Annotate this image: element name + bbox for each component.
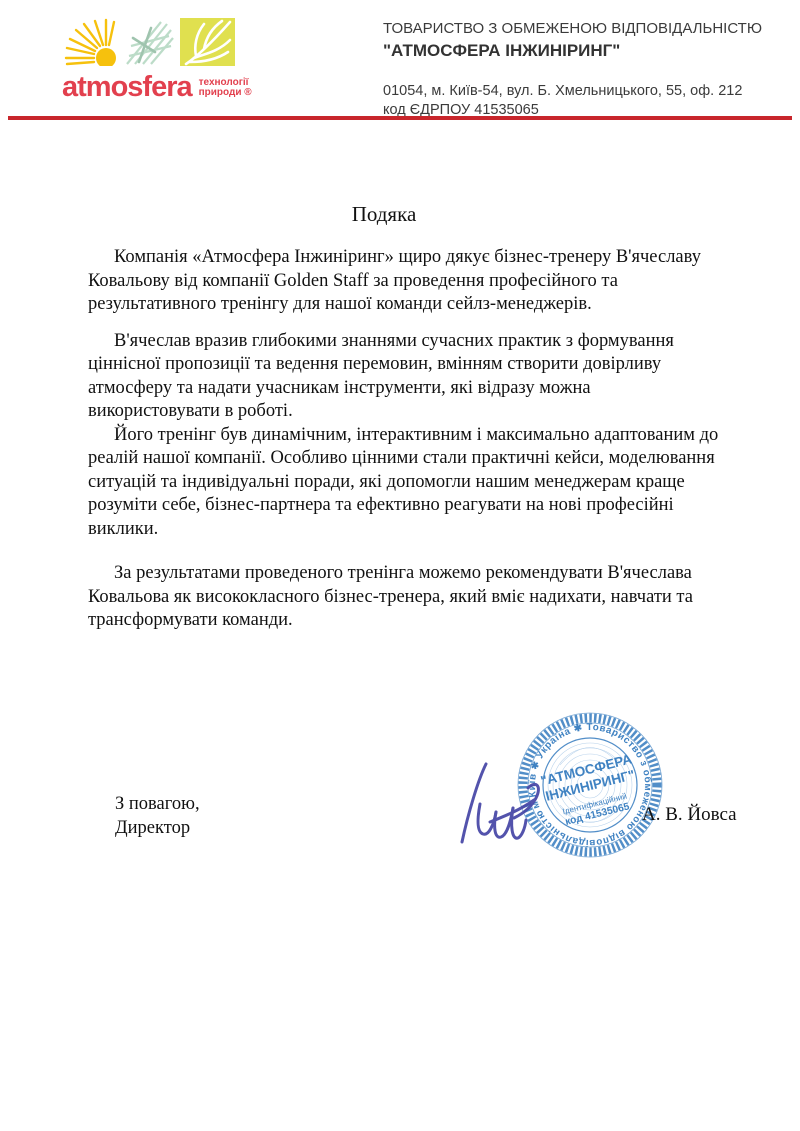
org-address: 01054, м. Київ-54, вул. Б. Хмельницького… (383, 82, 773, 101)
org-name: "АТМОСФЕРА ІНЖИНІРИНГ" (383, 41, 773, 61)
director-signature (448, 752, 548, 852)
paragraph-4: За результатами проведеного тренінга мож… (88, 562, 722, 633)
solar-panel-icon (121, 18, 176, 66)
signoff-closing: З повагою, (115, 792, 200, 816)
logo-tiles (62, 18, 292, 66)
paragraph-2: В'ячеслав вразив глибокими знаннями суча… (88, 330, 722, 424)
signoff-block: З повагою, Директор (115, 792, 200, 840)
logo-tagline: технології природи ® (199, 78, 252, 98)
leaf-icon (180, 18, 235, 66)
sun-icon (62, 18, 117, 66)
signer-name: А. В. Йовса (642, 804, 737, 826)
signoff-position: Директор (115, 816, 200, 840)
letter-title: Подяка (88, 202, 680, 227)
paragraph-3: Його тренінг був динамічним, інтерактивн… (88, 424, 722, 542)
org-type: ТОВАРИСТВО З ОБМЕЖЕНОЮ ВІДПОВІДАЛЬНІСТЮ (383, 20, 773, 38)
red-divider-line (8, 116, 792, 120)
paragraph-1: Компанія «Атмосфера Інжиніринг» щиро дяк… (88, 246, 722, 317)
logo-tagline-line2: природи ® (199, 88, 252, 98)
company-logo: atmosfera технології природи ® (62, 18, 292, 100)
letter-page: atmosfera технології природи ® ТОВАРИСТВ… (0, 0, 800, 1131)
letter-body: Компанія «Атмосфера Інжиніринг» щиро дяк… (88, 246, 722, 633)
letterhead-info: ТОВАРИСТВО З ОБМЕЖЕНОЮ ВІДПОВІДАЛЬНІСТЮ … (383, 20, 773, 120)
logo-wordmark: atmosfera (62, 74, 192, 100)
